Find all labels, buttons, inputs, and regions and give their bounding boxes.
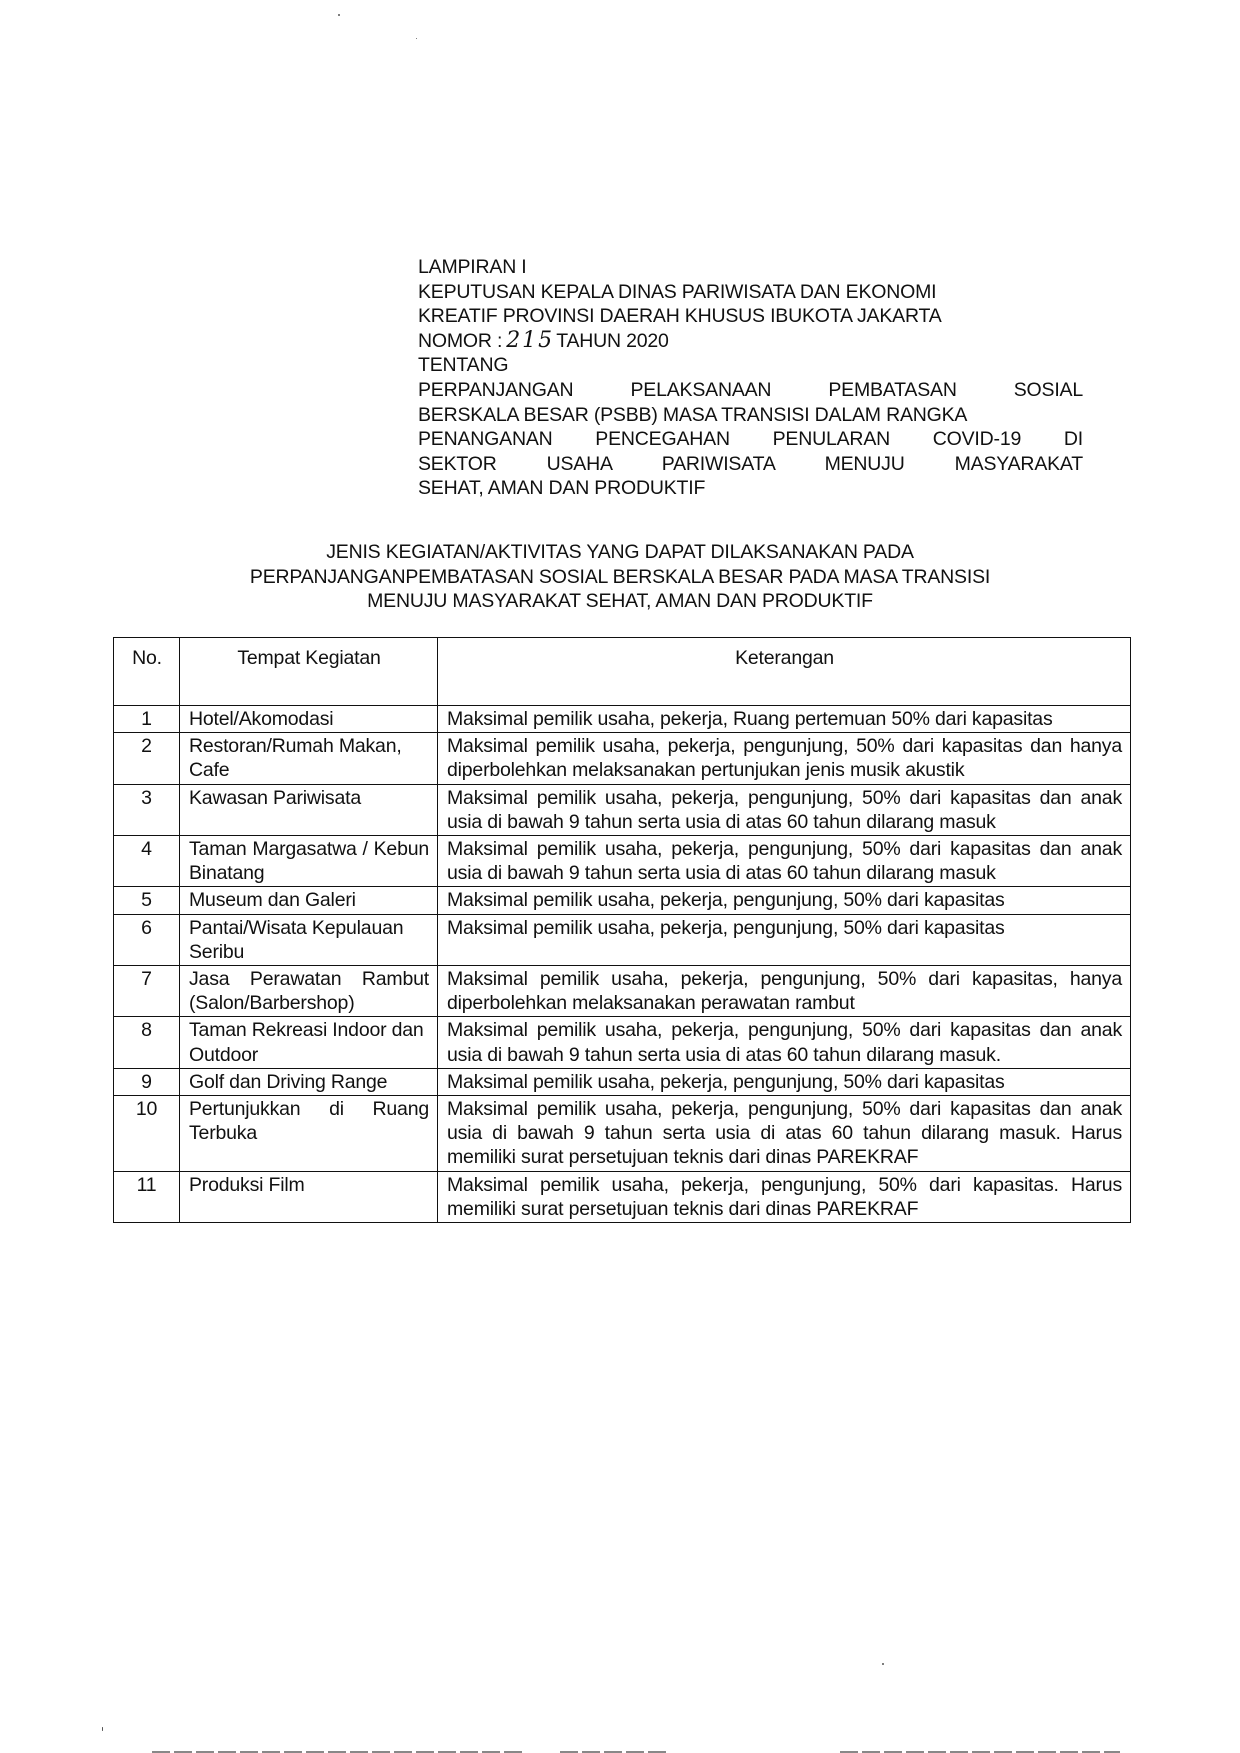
row-place: Pertunjukkan di Ruang Terbuka	[180, 1096, 438, 1172]
row-number: 5	[114, 887, 180, 914]
row-description: Maksimal pemilik usaha, pekerja, Ruang p…	[438, 706, 1131, 733]
row-place: Golf dan Driving Range	[180, 1068, 438, 1095]
table-row: 2Restoran/Rumah Makan, CafeMaksimal pemi…	[114, 733, 1131, 784]
title-line-2: PERPANJANGANPEMBATASAN SOSIAL BERSKALA B…	[160, 565, 1080, 590]
header-description: Keterangan	[438, 638, 1131, 706]
row-place: Hotel/Akomodasi	[180, 706, 438, 733]
row-description: Maksimal pemilik usaha, pekerja, pengunj…	[438, 1096, 1131, 1172]
row-number: 7	[114, 966, 180, 1017]
keputusan-line-1: KEPUTUSAN KEPALA DINAS PARIWISATA DAN EK…	[418, 280, 1083, 305]
row-number: 6	[114, 914, 180, 965]
lampiran-label: LAMPIRAN I	[418, 255, 1083, 280]
document-header: LAMPIRAN I KEPUTUSAN KEPALA DINAS PARIWI…	[418, 255, 1083, 501]
row-description: Maksimal pemilik usaha, pekerja, pengunj…	[438, 914, 1131, 965]
row-description: Maksimal pemilik usaha, pekerja, pengunj…	[438, 1171, 1131, 1222]
row-description: Maksimal pemilik usaha, pekerja, pengunj…	[438, 836, 1131, 887]
table-row: 9Golf dan Driving RangeMaksimal pemilik …	[114, 1068, 1131, 1095]
table-row: 10Pertunjukkan di Ruang TerbukaMaksimal …	[114, 1096, 1131, 1172]
row-number: 10	[114, 1096, 180, 1172]
header-no: No.	[114, 638, 180, 706]
nomor-label: NOMOR :	[418, 330, 502, 352]
nomor-value: 215	[506, 328, 554, 353]
subject-line-4: SEKTOR USAHA PARIWISATA MENUJU MASYARAKA…	[418, 452, 1083, 477]
table-header-row: No. Tempat Kegiatan Keterangan	[114, 638, 1131, 706]
row-place: Taman Rekreasi Indoor dan Outdoor	[180, 1017, 438, 1068]
table-row: 6Pantai/Wisata Kepulauan SeribuMaksimal …	[114, 914, 1131, 965]
row-number: 9	[114, 1068, 180, 1095]
row-place: Produksi Film	[180, 1171, 438, 1222]
subject-line-5: SEHAT, AMAN DAN PRODUKTIF	[418, 476, 1083, 501]
scan-speck	[102, 1727, 103, 1731]
row-description: Maksimal pemilik usaha, pekerja, pengunj…	[438, 1017, 1131, 1068]
nomor-line: NOMOR :215TAHUN 2020	[418, 329, 1083, 354]
row-place: Jasa Perawatan Rambut (Salon/Barbershop)	[180, 966, 438, 1017]
activities-table: No. Tempat Kegiatan Keterangan 1Hotel/Ak…	[113, 637, 1131, 1223]
row-place: Kawasan Pariwisata	[180, 784, 438, 835]
tentang-label: TENTANG	[418, 353, 1083, 378]
row-number: 8	[114, 1017, 180, 1068]
subject-line-1: PERPANJANGAN PELAKSANAAN PEMBATASAN SOSI…	[418, 378, 1083, 403]
row-place: Restoran/Rumah Makan, Cafe	[180, 733, 438, 784]
tahun-label: TAHUN 2020	[556, 330, 669, 352]
table-row: 1Hotel/AkomodasiMaksimal pemilik usaha, …	[114, 706, 1131, 733]
row-description: Maksimal pemilik usaha, pekerja, pengunj…	[438, 966, 1131, 1017]
table-row: 11Produksi FilmMaksimal pemilik usaha, p…	[114, 1171, 1131, 1222]
scan-speck	[416, 38, 417, 39]
table-row: 3Kawasan PariwisataMaksimal pemilik usah…	[114, 784, 1131, 835]
row-place: Museum dan Galeri	[180, 887, 438, 914]
keputusan-line-2: KREATIF PROVINSI DAERAH KHUSUS IBUKOTA J…	[418, 304, 1083, 329]
row-description: Maksimal pemilik usaha, pekerja, pengunj…	[438, 1068, 1131, 1095]
row-place: Pantai/Wisata Kepulauan Seribu	[180, 914, 438, 965]
table-body: 1Hotel/AkomodasiMaksimal pemilik usaha, …	[114, 706, 1131, 1223]
row-description: Maksimal pemilik usaha, pekerja, pengunj…	[438, 784, 1131, 835]
row-number: 3	[114, 784, 180, 835]
title-line-1: JENIS KEGIATAN/AKTIVITAS YANG DAPAT DILA…	[160, 540, 1080, 565]
row-description: Maksimal pemilik usaha, pekerja, pengunj…	[438, 887, 1131, 914]
table-row: 4Taman Margasatwa / Kebun BinatangMaksim…	[114, 836, 1131, 887]
table-row: 8Taman Rekreasi Indoor dan OutdoorMaksim…	[114, 1017, 1131, 1068]
header-place: Tempat Kegiatan	[180, 638, 438, 706]
row-number: 1	[114, 706, 180, 733]
title-line-3: MENUJU MASYARAKAT SEHAT, AMAN DAN PRODUK…	[160, 589, 1080, 614]
subject-line-2: BERSKALA BESAR (PSBB) MASA TRANSISI DALA…	[418, 403, 1083, 428]
table-row: 5Museum dan GaleriMaksimal pemilik usaha…	[114, 887, 1131, 914]
row-place: Taman Margasatwa / Kebun Binatang	[180, 836, 438, 887]
row-number: 2	[114, 733, 180, 784]
row-description: Maksimal pemilik usaha, pekerja, pengunj…	[438, 733, 1131, 784]
table-row: 7Jasa Perawatan Rambut (Salon/Barbershop…	[114, 966, 1131, 1017]
subject-line-3: PENANGANAN PENCEGAHAN PENULARAN COVID-19…	[418, 427, 1083, 452]
row-number: 11	[114, 1171, 180, 1222]
scan-speck	[338, 14, 340, 16]
document-title: JENIS KEGIATAN/AKTIVITAS YANG DAPAT DILA…	[160, 540, 1080, 614]
scan-speck	[882, 1663, 884, 1665]
row-number: 4	[114, 836, 180, 887]
